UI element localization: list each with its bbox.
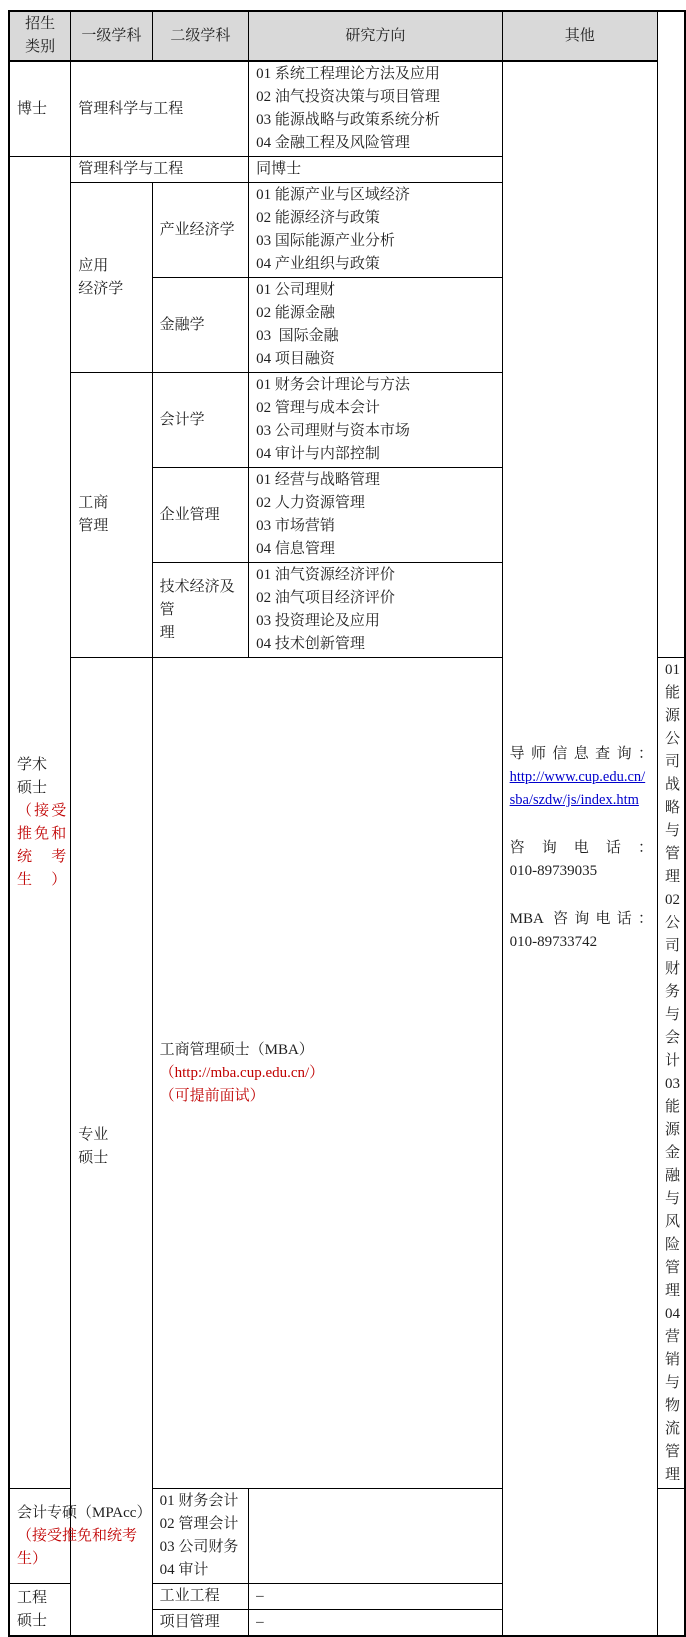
tech-econ-line2: 理 — [160, 622, 244, 645]
cell-category-doctoral: 博士 — [9, 61, 71, 157]
header-category-line1: 招生 — [12, 13, 68, 36]
cell-mba-title: 工商管理硕士（MBA） （http://mba.cup.edu.cn/） （可提… — [152, 658, 502, 1489]
cell-industrial-eng-direction: – — [249, 1584, 503, 1610]
direction-line: 03 国际能源产业分析 — [256, 230, 498, 253]
direction-line: 04 信息管理 — [256, 538, 498, 561]
admissions-table: 招生 类别 一级学科 二级学科 研究方向 其他 博士 管理科学与工程 01 系统… — [8, 10, 686, 1637]
applied-econ-line1: 应用 — [78, 255, 147, 278]
direction-line: 03 投资理论及应用 — [256, 610, 498, 633]
cell-applied-econ: 应用 经济学 — [71, 183, 152, 373]
tutor-info-label: 导师信息查询： — [510, 743, 653, 766]
tutor-info-link-line2[interactable]: sba/szdw/js/index.htm — [510, 789, 653, 812]
spacer — [510, 812, 653, 837]
direction-line: 01 公司理财 — [256, 279, 498, 302]
direction-line: 01 油气资源经济评价 — [256, 564, 498, 587]
direction-line: 02 公司财务与会计 — [665, 889, 680, 1073]
cell-industrial-econ-directions: 01 能源产业与区域经济 02 能源经济与政策 03 国际能源产业分析 04 产… — [249, 183, 503, 278]
cell-project-mgmt-direction: – — [249, 1610, 503, 1637]
applied-econ-line2: 经济学 — [78, 278, 147, 301]
header-category: 招生 类别 — [9, 11, 71, 61]
cell-project-mgmt-name: 项目管理 — [152, 1610, 248, 1637]
direction-line: 01 财务会计理论与方法 — [256, 374, 498, 397]
business-admin-line2: 管理 — [78, 515, 147, 538]
mpacc-note: （接受推免和统考生） — [17, 1525, 148, 1571]
academic-note-line3: 统考生） — [17, 846, 66, 892]
table-header-row: 招生 类别 一级学科 二级学科 研究方向 其他 — [9, 11, 685, 61]
mba-interview-note: （可提前面试） — [160, 1085, 498, 1108]
spacer — [510, 883, 653, 908]
cell-industrial-eng-name: 工业工程 — [152, 1584, 248, 1610]
mba-phone-number: 010-89733742 — [510, 931, 653, 954]
professional-category-line1: 专业 — [78, 1124, 147, 1147]
header-second-discipline: 二级学科 — [152, 11, 248, 61]
direction-line: 03 国际金融 — [256, 325, 498, 348]
phone-label: 咨询电话： — [510, 837, 653, 860]
cell-finance-directions: 01 公司理财 02 能源金融 03 国际金融 04 项目融资 — [249, 278, 503, 373]
cell-finance-name: 金融学 — [152, 278, 248, 373]
cell-academic-mse-directions: 同博士 — [249, 157, 503, 183]
phone-number: 010-89739035 — [510, 860, 653, 883]
cell-enterprise-directions: 01 经营与战略管理 02 人力资源管理 03 市场营销 04 信息管理 — [249, 468, 503, 563]
tech-econ-line1: 技术经济及管 — [160, 576, 244, 622]
direction-line: 02 管理与成本会计 — [256, 397, 498, 420]
direction-line: 04 项目融资 — [256, 348, 498, 371]
cell-category-academic: 学术 硕士 （接受 推免和 统考生） — [9, 157, 71, 1489]
direction-line: 01 能源公司战略与管理 — [665, 659, 680, 889]
cell-mpacc-directions: 01 财务会计 02 管理会计 03 公司财务 04 审计 — [152, 1489, 248, 1584]
header-research-direction: 研究方向 — [249, 11, 503, 61]
cell-mpacc-title: 会计专硕（MPAcc） （接受推免和统考生） — [9, 1489, 152, 1584]
direction-line: 04 金融工程及风险管理 — [256, 132, 498, 155]
mpacc-title: 会计专硕（MPAcc） — [17, 1502, 148, 1525]
direction-line: 02 能源金融 — [256, 302, 498, 325]
direction-line: 01 系统工程理论方法及应用 — [256, 63, 498, 86]
direction-line: 01 能源产业与区域经济 — [256, 184, 498, 207]
academic-note-line2: 推免和 — [17, 823, 66, 846]
direction-line: 01 经营与战略管理 — [256, 469, 498, 492]
direction-line: 03 公司理财与资本市场 — [256, 420, 498, 443]
direction-line: 04 审计与内部控制 — [256, 443, 498, 466]
direction-line: 03 能源金融与风险管理 — [665, 1073, 680, 1303]
header-other: 其他 — [502, 11, 657, 61]
row-doctoral: 博士 管理科学与工程 01 系统工程理论方法及应用 02 油气投资决策与项目管理… — [9, 61, 685, 157]
cell-tech-econ-name: 技术经济及管 理 — [152, 563, 248, 658]
engineering-master-line1: 工程 — [17, 1587, 66, 1610]
direction-line: 03 公司财务 — [160, 1536, 244, 1559]
direction-line: 01 财务会计 — [160, 1490, 244, 1513]
business-admin-line1: 工商 — [78, 492, 147, 515]
direction-line: 02 管理会计 — [160, 1513, 244, 1536]
header-category-line2: 类别 — [12, 36, 68, 59]
mba-url-note: （http://mba.cup.edu.cn/） — [160, 1062, 498, 1085]
cell-business-admin: 工商 管理 — [71, 373, 152, 658]
cell-doctoral-discipline: 管理科学与工程 — [71, 61, 249, 157]
cell-tech-econ-directions: 01 油气资源经济评价 02 油气项目经济评价 03 投资理论及应用 04 技术… — [249, 563, 503, 658]
direction-line: 04 营销与物流管理 — [665, 1303, 680, 1487]
academic-category-line2: 硕士 — [17, 777, 66, 800]
academic-note-line1: （接受 — [17, 800, 66, 823]
cell-industrial-econ-name: 产业经济学 — [152, 183, 248, 278]
cell-doctoral-directions: 01 系统工程理论方法及应用 02 油气投资决策与项目管理 03 能源战略与政策… — [249, 61, 503, 157]
direction-line: 03 市场营销 — [256, 515, 498, 538]
direction-line: 02 油气投资决策与项目管理 — [256, 86, 498, 109]
direction-line: 02 油气项目经济评价 — [256, 587, 498, 610]
cell-academic-mse-discipline: 管理科学与工程 — [71, 157, 249, 183]
academic-category-line1: 学术 — [17, 754, 66, 777]
cell-engineering-master: 工程 硕士 — [9, 1584, 71, 1637]
direction-line: 02 能源经济与政策 — [256, 207, 498, 230]
cell-accounting-directions: 01 财务会计理论与方法 02 管理与成本会计 03 公司理财与资本市场 04 … — [249, 373, 503, 468]
mba-title: 工商管理硕士（MBA） — [160, 1039, 498, 1062]
cell-enterprise-name: 企业管理 — [152, 468, 248, 563]
direction-line: 04 产业组织与政策 — [256, 253, 498, 276]
engineering-master-line2: 硕士 — [17, 1610, 66, 1633]
direction-line: 02 人力资源管理 — [256, 492, 498, 515]
cell-mba-directions: 01 能源公司战略与管理 02 公司财务与会计 03 能源金融与风险管理 04 … — [657, 658, 685, 1489]
cell-other-info: 导师信息查询： http://www.cup.edu.cn/ sba/szdw/… — [502, 61, 657, 1636]
cell-accounting-name: 会计学 — [152, 373, 248, 468]
tutor-info-link-line1[interactable]: http://www.cup.edu.cn/ — [510, 766, 653, 789]
professional-category-line2: 硕士 — [78, 1147, 147, 1170]
direction-line: 04 审计 — [160, 1559, 244, 1582]
direction-line: 04 技术创新管理 — [256, 633, 498, 656]
header-first-discipline: 一级学科 — [71, 11, 152, 61]
mba-phone-label: MBA 咨询电话： — [510, 908, 653, 931]
direction-line: 03 能源战略与政策系统分析 — [256, 109, 498, 132]
